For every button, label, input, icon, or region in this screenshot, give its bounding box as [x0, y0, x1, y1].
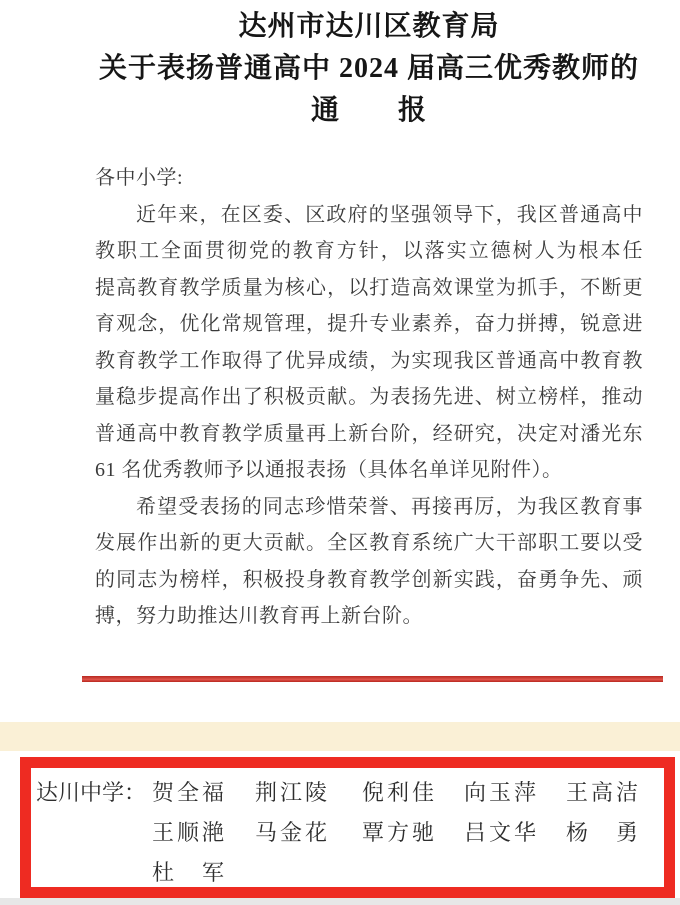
- paragraph-line: 教职工全面贯彻党的教育方针，以落实立德树人为根本任务，以: [95, 233, 643, 270]
- paragraph-line: 发展作出新的更大贡献。全区教育系统广大干部职工要以受表扬: [95, 525, 643, 562]
- paragraph-line: 希望受表扬的同志珍惜荣誉、再接再厉，为我区教育事业的: [95, 489, 643, 526]
- document-page: 达州市达川区教育局 关于表扬普通高中 2024 届高三优秀教师的 通 报 各中小…: [0, 0, 680, 905]
- teacher-name: 王高洁: [566, 773, 664, 813]
- teacher-name: 贺全福: [152, 773, 255, 813]
- title-line-3: 通 报: [95, 90, 643, 132]
- paragraph-line: 育观念，优化常规管理，提升专业素养，奋力拼搏，锐意进取，: [95, 306, 643, 343]
- salutation: 各中小学:: [95, 160, 643, 197]
- teacher-name: 马金花: [255, 813, 362, 853]
- cream-band: [0, 722, 680, 751]
- red-divider-line: [82, 676, 663, 682]
- paragraph-line: 61 名优秀教师予以通报表扬（具体名单详见附件）。: [95, 452, 643, 489]
- teacher-name: 荆江陵: [255, 773, 362, 813]
- paragraph-line: 近年来，在区委、区政府的坚强领导下，我区普通高中广大: [95, 197, 643, 234]
- paragraph-line: 普通高中教育教学质量再上新台阶，经研究，决定对潘光东等: [95, 416, 643, 453]
- paragraph-line: 搏，努力助推达川教育再上新台阶。: [95, 598, 643, 635]
- teacher-name: 倪利佳: [362, 773, 464, 813]
- teacher-name: 向玉萍: [464, 773, 566, 813]
- school-label-spacer: [36, 853, 152, 893]
- teacher-name: [255, 853, 362, 893]
- title-line-1: 达州市达川区教育局: [95, 6, 643, 48]
- paragraph-line: 量稳步提高作出了积极贡献。为表扬先进、树立榜样，推动我区: [95, 379, 643, 416]
- teacher-name: 杨 勇: [566, 813, 664, 853]
- page-edge-strip: [0, 898, 680, 905]
- paragraph-line: 的同志为榜样，积极投身教育教学创新实践，奋勇争先、顽强拼: [95, 562, 643, 599]
- paragraph-line: 提高教育教学质量为核心，以打造高效课堂为抓手，不断更新教: [95, 270, 643, 307]
- school-label-spacer: [36, 813, 152, 853]
- teacher-name: [464, 853, 566, 893]
- title-line-2: 关于表扬普通高中 2024 届高三优秀教师的: [95, 48, 643, 90]
- document-body: 各中小学: 近年来，在区委、区政府的坚强领导下，我区普通高中广大 教职工全面贯彻…: [95, 160, 643, 635]
- teacher-name: 吕文华: [464, 813, 566, 853]
- name-row: 王顺滟 马金花 覃方驰 吕文华 杨 勇: [36, 813, 664, 853]
- paragraph-line: 教育教学工作取得了优异成绩，为实现我区普通高中教育教学质: [95, 343, 643, 380]
- name-row: 达川中学： 贺全福 荆江陵 倪利佳 向玉萍 王高洁: [36, 773, 664, 813]
- school-label: 达川中学：: [36, 773, 152, 813]
- teacher-name: 王顺滟: [152, 813, 255, 853]
- teacher-name: [362, 853, 464, 893]
- teacher-name: 覃方驰: [362, 813, 464, 853]
- teacher-name: [566, 853, 664, 893]
- teacher-name: 杜 军: [152, 853, 255, 893]
- name-row: 杜 军: [36, 853, 664, 893]
- document-title: 达州市达川区教育局 关于表扬普通高中 2024 届高三优秀教师的 通 报: [95, 6, 643, 132]
- names-highlight-box: 达川中学： 贺全福 荆江陵 倪利佳 向玉萍 王高洁 王顺滟 马金花 覃方驰 吕文…: [20, 757, 675, 898]
